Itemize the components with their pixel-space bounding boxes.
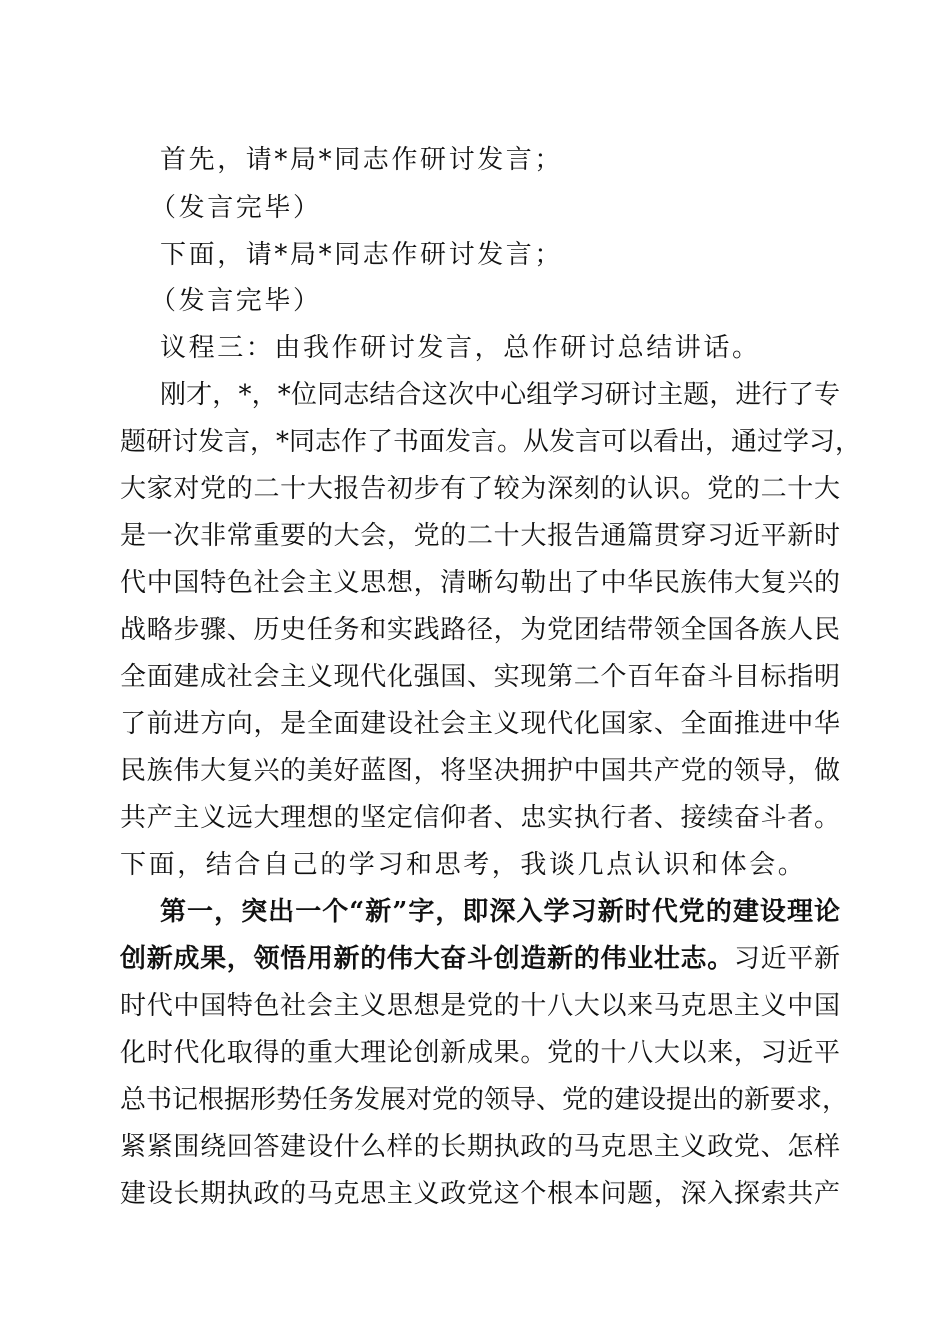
paragraph-line: 化时代化取得的重大理论创新成果。党的十八大以来，习近平 — [120, 1038, 840, 1068]
section-heading-line-mixed: 创新成果，领悟用新的伟大奋斗创造新的伟业壮志。习近平新 — [120, 944, 840, 974]
text-line-4: （发言完毕） — [150, 286, 870, 316]
section-heading-tail: 创新成果，领悟用新的伟大奋斗创造新的伟业壮志。 — [120, 944, 734, 974]
paragraph-line: 全面建成社会主义现代化强国、实现第二个百年奋斗目标指明 — [120, 662, 840, 692]
paragraph-line: 总书记根据形势任务发展对党的领导、党的建设提出的新要求， — [120, 1085, 840, 1115]
paragraph-line: 民族伟大复兴的美好蓝图，将坚决拥护中国共产党的领导，做 — [120, 756, 840, 786]
paragraph-line: 共产主义远大理想的坚定信仰者、忠实执行者、接续奋斗者。 — [120, 803, 840, 833]
paragraph-line: 时代中国特色社会主义思想是党的十八大以来马克思主义中国 — [120, 991, 840, 1021]
paragraph-line: 大家对党的二十大报告初步有了较为深刻的认识。党的二十大 — [120, 474, 840, 504]
paragraph-line: 战略步骤、历史任务和实践路径，为党团结带领全国各族人民 — [120, 615, 840, 645]
paragraph-line: 下面，结合自己的学习和思考，我谈几点认识和体会。 — [120, 850, 840, 880]
agenda-three-line: 议程三：由我作研讨发言，总作研讨总结讲话。 — [160, 333, 840, 363]
paragraph-line: 刚才，*，*位同志结合这次中心组学习研讨主题，进行了专 — [160, 380, 840, 410]
text-line-2: （发言完毕） — [150, 193, 870, 223]
paragraph-line: 代中国特色社会主义思想，清晰勾勒出了中华民族伟大复兴的 — [120, 568, 840, 598]
paragraph-line: 建设长期执政的马克思主义政党这个根本问题，深入探索共产 — [120, 1179, 840, 1209]
paragraph-line: 紧紧围绕回答建设什么样的长期执政的马克思主义政党、怎样 — [120, 1132, 840, 1162]
text-line-3: 下面，请*局*同志作研讨发言； — [160, 240, 840, 270]
section-heading-line: 第一，突出一个“新”字，即深入学习新时代党的建设理论 — [160, 897, 840, 927]
paragraph-start: 习近平新 — [734, 944, 840, 974]
text-line-1: 首先，请*局*同志作研讨发言； — [160, 145, 840, 175]
paragraph-line: 题研讨发言，*同志作了书面发言。从发言可以看出，通过学习， — [120, 427, 840, 457]
paragraph-line: 了前进方向，是全面建设社会主义现代化国家、全面推进中华 — [120, 709, 840, 739]
document-page: 首先，请*局*同志作研讨发言； （发言完毕） 下面，请*局*同志作研讨发言； （… — [0, 0, 950, 1344]
paragraph-line: 是一次非常重要的大会，党的二十大报告通篇贯穿习近平新时 — [120, 521, 840, 551]
